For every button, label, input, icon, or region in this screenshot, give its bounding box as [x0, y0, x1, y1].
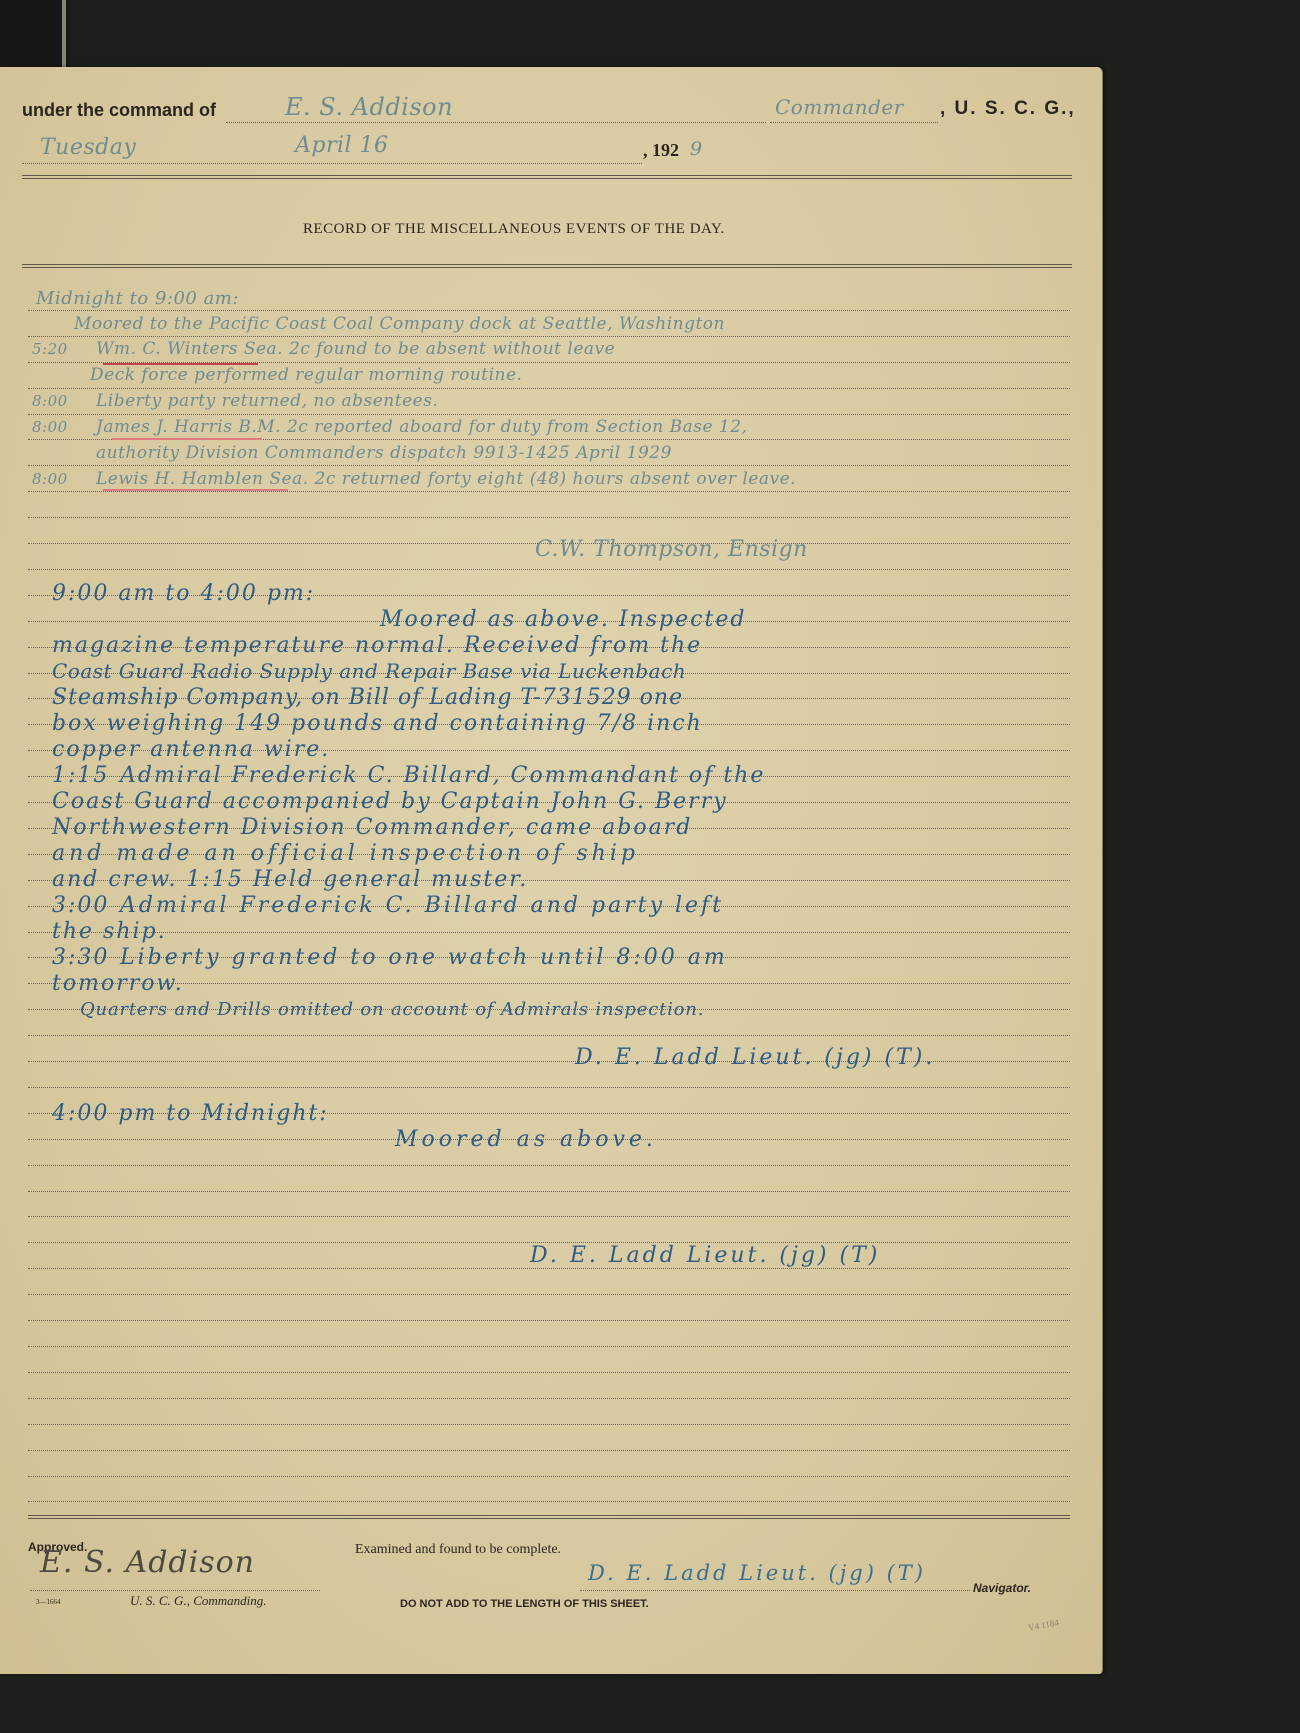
ruled-line	[28, 336, 1070, 337]
watch-3-heading: 4:00 pm to Midnight:	[52, 1101, 329, 1126]
commander-rank: Commander	[775, 95, 904, 119]
ruled-line	[28, 1294, 1070, 1295]
watch-2-time-7: 1:15	[52, 763, 109, 788]
year-digit: 9	[690, 138, 703, 160]
ruled-line	[28, 1035, 1070, 1036]
watch-2-entry-16: Quarters and Drills omitted on account o…	[80, 999, 704, 1020]
watch-1-time-5: 8:00	[32, 418, 68, 436]
watch-1-entry-7: Lewis H. Hamblen Sea. 2c returned forty …	[96, 469, 796, 489]
corner-mark: V4 1184	[1027, 1617, 1059, 1632]
ruled-line	[28, 388, 1070, 389]
ruled-line	[28, 1216, 1070, 1217]
ruled-line	[28, 983, 1070, 984]
watch-1-time-7: 8:00	[32, 470, 68, 488]
form-number: 3—1664	[36, 1598, 61, 1606]
watch-1-entry-2: Wm. C. Winters Sea. 2c found to be absen…	[96, 339, 615, 359]
red-underline-name-2	[112, 438, 262, 440]
watch-2-entry-4: Steamship Company, on Bill of Lading T-7…	[52, 685, 683, 710]
watch-2-time-14: 3:30	[52, 945, 109, 970]
watch-2-entry-13: the ship.	[52, 919, 167, 944]
ruled-line	[28, 1087, 1070, 1088]
watch-2-entry-8: Coast Guard accompanied by Captain John …	[52, 789, 728, 814]
header-rule-top	[22, 175, 1072, 176]
title-rule-bottom	[22, 267, 1072, 268]
watch-1-signature: C.W. Thompson, Ensign	[535, 537, 808, 562]
date-value: April 16	[295, 133, 389, 158]
commander-line	[226, 122, 766, 123]
watch-1-heading: Midnight to 9:00 am:	[36, 288, 239, 309]
approved-signature: E. S. Addison	[40, 1545, 255, 1580]
watch-2-entry-1: Moored as above. Inspected	[380, 607, 746, 632]
day-of-week: Tuesday	[40, 135, 136, 160]
title-rule-top	[22, 264, 1072, 265]
watch-2-entry-10: and made an official inspection of ship	[52, 841, 639, 866]
watch-2-entry-2: magazine temperature normal. Received fr…	[52, 633, 702, 658]
watch-1-time-4: 8:00	[32, 392, 68, 410]
watch-2-entry-3: Coast Guard Radio Supply and Repair Base…	[52, 659, 686, 683]
ruled-line	[28, 1346, 1070, 1347]
ruled-line	[28, 932, 1070, 933]
watch-1-entry-4: Liberty party returned, no absentees.	[96, 391, 438, 411]
date-line	[22, 163, 642, 164]
ruled-line	[28, 310, 1070, 311]
watch-2-entry-6: copper antenna wire.	[52, 737, 330, 762]
watch-1-time-2: 5:20	[32, 340, 68, 358]
ruled-line	[28, 517, 1070, 518]
header-rule-bottom	[22, 178, 1072, 179]
log-page: under the command of E. S. Addison Comma…	[0, 67, 1103, 1674]
watch-2-entry-9: Northwestern Division Commander, came ab…	[52, 815, 692, 840]
ruled-line	[28, 1398, 1070, 1399]
watch-2-entry-7: Admiral Frederick C. Billard, Commandant…	[120, 763, 765, 788]
ruled-line	[28, 1476, 1070, 1477]
ruled-line	[28, 491, 1070, 492]
service-suffix: , U. S. C. G.,	[940, 98, 1076, 120]
navigator-line	[580, 1590, 970, 1591]
red-underline-name-3	[103, 489, 288, 491]
watch-2-entry-11: and crew. 1:15 Held general muster.	[52, 867, 528, 892]
watch-2-entry-14: Liberty granted to one watch until 8:00 …	[120, 945, 728, 970]
ruled-line	[28, 1191, 1070, 1192]
ruled-line	[28, 1501, 1070, 1502]
navigator-signature: D. E. Ladd Lieut. (jg) (T)	[588, 1561, 926, 1585]
watch-2-time-12: 3:00	[52, 893, 109, 918]
ruled-line	[28, 569, 1070, 570]
watch-2-heading: 9:00 am to 4:00 pm:	[52, 581, 315, 606]
commanding-label: U. S. C. G., Commanding.	[130, 1593, 267, 1609]
watch-2-entry-15: tomorrow.	[52, 971, 184, 996]
examined-label: Examined and found to be complete.	[355, 1542, 561, 1558]
ruled-line	[28, 1372, 1070, 1373]
watch-1-entry-5: James J. Harris B.M. 2c reported aboard …	[96, 417, 747, 437]
footer-rule-bottom	[28, 1518, 1070, 1519]
sheet-notice: DO NOT ADD TO THE LENGTH OF THIS SHEET.	[400, 1598, 649, 1610]
footer-rule-top	[28, 1515, 1070, 1516]
navigator-label: Navigator.	[973, 1581, 1031, 1595]
watch-3-signature: D. E. Ladd Lieut. (jg) (T)	[530, 1243, 880, 1268]
year-prefix: , 192	[643, 140, 679, 161]
ruled-line	[28, 1450, 1070, 1451]
command-label: under the command of	[22, 100, 216, 121]
ruled-line	[28, 414, 1070, 415]
commander-name: E. S. Addison	[285, 93, 453, 121]
binding-edge	[62, 0, 66, 68]
watch-2-signature: D. E. Ladd Lieut. (jg) (T).	[575, 1045, 935, 1070]
ruled-line	[28, 465, 1070, 466]
ruled-line	[28, 1320, 1070, 1321]
ruled-line	[28, 1268, 1070, 1269]
watch-1-entry-1: Moored to the Pacific Coast Coal Company…	[74, 314, 725, 334]
ruled-line	[28, 1165, 1070, 1166]
ruled-line	[28, 1424, 1070, 1425]
watch-1-entry-3: Deck force performed regular morning rou…	[90, 365, 522, 385]
watch-2-entry-5: box weighing 149 pounds and containing 7…	[52, 711, 703, 736]
watch-1-entry-6: authority Division Commanders dispatch 9…	[96, 443, 672, 463]
approved-line	[30, 1590, 320, 1591]
watch-2-entry-12: Admiral Frederick C. Billard and party l…	[120, 893, 724, 918]
rank-line	[770, 122, 938, 123]
watch-3-entry-1: Moored as above.	[395, 1127, 657, 1152]
section-title: RECORD OF THE MISCELLANEOUS EVENTS OF TH…	[303, 221, 725, 238]
binding-shadow	[0, 0, 70, 68]
